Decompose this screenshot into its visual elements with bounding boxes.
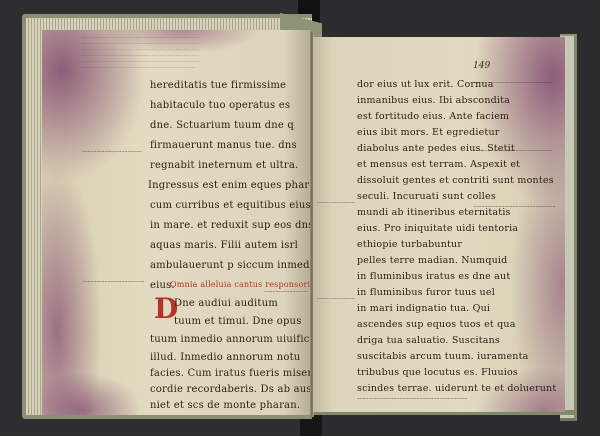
text-line: hereditatis tue firmissime <box>150 80 286 91</box>
text-line: ambulauerunt p siccum inmedio <box>150 260 319 271</box>
top-gloss: ········································… <box>82 48 200 52</box>
marginal-gloss: ~~~~~~~~~~~~~~~~~~~~~~~~~~~~~~~~~~~~~~~~… <box>473 205 555 375</box>
top-gloss: ········································… <box>82 66 195 70</box>
top-gloss: ········································… <box>82 42 200 46</box>
text-line: seculi. Incuruati sunt colles <box>357 191 496 202</box>
marginal-gloss: ~~~~~~~~~~~~~~~~~~~~~~~~~~~~~~~~~~~~~~~~… <box>264 290 308 330</box>
marginal-gloss: ~~~~~~~~~~~~~~~~~~~~~~~~~~~~~~~~~~~~~~~~… <box>473 81 553 97</box>
top-gloss: ········································… <box>82 60 200 64</box>
text-line: in mare. et reduxit sup eos dns <box>150 220 314 231</box>
marginal-gloss: ~~~~~~~~~~~~~~~~~~~~~~~~~~~~~~~~~~~~~~~~… <box>317 201 355 261</box>
text-line: facies. Cum iratus fueris misere <box>150 368 319 379</box>
text-line: habitaculo tuo operatus es <box>150 100 290 111</box>
text-line: scindes terrae. uiderunt te et doluerunt <box>357 383 556 394</box>
marginal-gloss: ~~~~~~~~~~~~~~~~~~~~~~~~~~~~~~~~~~~~~~~~… <box>473 149 553 189</box>
text-line: aquas maris. Filii autem isrl <box>150 240 298 251</box>
text-line: Ingressus est enim eques pharao <box>148 180 322 191</box>
top-gloss: ········································… <box>82 54 200 58</box>
text-line: ethiopie turbabuntur <box>357 239 462 250</box>
left-page: ········································… <box>42 30 310 415</box>
bottom-gloss: ~~~~~~~~~~~~~~~~~~~~~~~~~~~~~~~~~~~~~~~~… <box>357 397 467 409</box>
text-line: eius ibit mors. Et egredietur <box>357 127 500 138</box>
text-line: tuum inmedio annorum uiuifica <box>150 334 316 345</box>
marginal-gloss: ~~~~~~~~~~~~~~~~~~~~~~~~~~~~~~~~~~~~~~~~… <box>82 280 144 390</box>
text-line: in mari indignatio tua. Qui <box>357 303 490 314</box>
rubric: Omnia alleluia cantus responsorium <box>170 280 323 289</box>
text-line: est fortitudo eius. Ante faciem <box>357 111 509 122</box>
marginal-gloss: ~~~~~~~~~~~~~~~~~~~~~~~~~~~~~~~~~~~~~~~~… <box>317 297 355 337</box>
marginal-gloss: ~~~~~~~~~~~~~~~~~~~~~~~~~~~~~~~~~~~~~~~~… <box>82 150 142 220</box>
top-gloss: ········································… <box>82 36 200 40</box>
text-line: niet et scs de monte pharan. <box>150 400 300 411</box>
folio-number: 149 <box>473 61 490 71</box>
text-line: regnabit ineternum et ultra. <box>150 160 298 171</box>
text-line: firmauerunt manus tue. dns <box>150 140 297 151</box>
text-line: Dne audiui auditum <box>174 298 278 309</box>
text-line: dne. Sctuarium tuum dne q <box>150 120 294 131</box>
text-line: cum curribus et equitibus eius <box>150 200 311 211</box>
right-page: 149 dor eius ut lux erit. Cornua inmanib… <box>313 37 565 412</box>
text-line: illud. Inmedio annorum notu <box>150 352 300 363</box>
